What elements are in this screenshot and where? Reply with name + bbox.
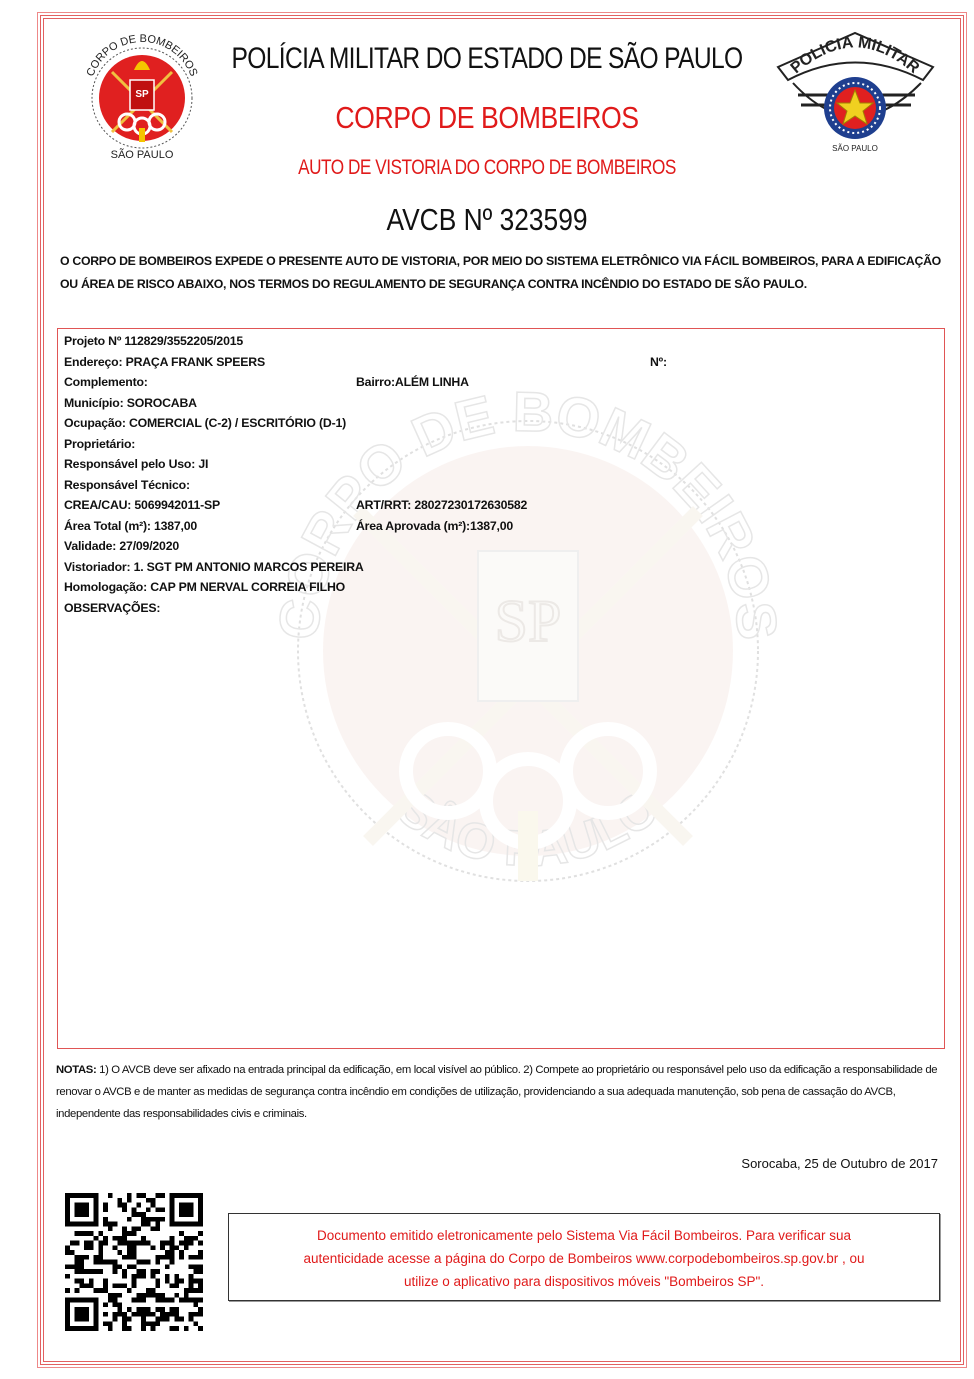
svg-text:SP: SP bbox=[495, 588, 562, 654]
header-subtitle-auto-de-vistoria: AUTO DE VISTORIA DO CORPO DE BOMBEIROS bbox=[88, 156, 887, 180]
header-title-corpo-de-bombeiros: CORPO DE BOMBEIROS bbox=[68, 100, 906, 136]
avcb-number: AVCB Nº 323599 bbox=[73, 202, 901, 238]
verification-line-2[interactable]: autenticidade acesse a página do Corpo d… bbox=[229, 1247, 939, 1270]
verification-line-3: utilize o aplicativo para dispositivos m… bbox=[229, 1270, 939, 1293]
details-box: CORPO DE BOMBEIROS SÃO PAULO SP Projeto … bbox=[57, 328, 945, 1049]
issue-date: Sorocaba, 25 de Outubro de 2017 bbox=[741, 1156, 938, 1171]
svg-text:SP: SP bbox=[135, 89, 149, 100]
field-proprietario: Proprietário: bbox=[64, 437, 135, 451]
header-title-policia-militar: POLÍCIA MILITAR DO ESTADO DE SÃO PAULO bbox=[88, 42, 887, 76]
field-numero: Nº: bbox=[650, 355, 667, 369]
verification-line-1: Documento emitido eletronicamente pelo S… bbox=[229, 1224, 939, 1247]
field-municipio: Município: SOROCABA bbox=[64, 396, 197, 410]
field-responsavel-uso: Responsável pelo Uso: JI bbox=[64, 457, 208, 471]
field-validade: Validade: 27/09/2020 bbox=[64, 539, 179, 553]
verification-notice: Documento emitido eletronicamente pelo S… bbox=[228, 1213, 940, 1301]
field-art-rrt: ART/RRT: 28027230172630582 bbox=[356, 498, 527, 512]
field-bairro: Bairro:ALÉM LINHA bbox=[356, 375, 469, 389]
intro-statement: O CORPO DE BOMBEIROS EXPEDE O PRESENTE A… bbox=[60, 250, 945, 296]
field-area-total: Área Total (m²): 1387,00 bbox=[64, 519, 197, 533]
qr-code-icon[interactable] bbox=[65, 1193, 203, 1331]
field-complemento: Complemento: bbox=[64, 375, 148, 389]
field-vistoriador: Vistoriador: 1. SGT PM ANTONIO MARCOS PE… bbox=[64, 560, 364, 574]
field-homologacao: Homologação: CAP PM NERVAL CORREIA FILHO bbox=[64, 580, 345, 594]
notes-label: NOTAS: bbox=[56, 1064, 96, 1076]
field-endereco: Endereço: PRAÇA FRANK SPEERS bbox=[64, 355, 265, 369]
field-ocupacao: Ocupação: COMERCIAL (C-2) / ESCRITÓRIO (… bbox=[64, 416, 346, 430]
field-observacoes: OBSERVAÇÕES: bbox=[64, 601, 160, 615]
field-area-aprovada: Área Aprovada (m²):1387,00 bbox=[356, 519, 513, 533]
watermark-emblem-icon: CORPO DE BOMBEIROS SÃO PAULO SP bbox=[248, 341, 808, 941]
notes-text: 1) O AVCB deve ser afixado na entrada pr… bbox=[56, 1064, 937, 1120]
field-responsavel-tecnico: Responsável Técnico: bbox=[64, 478, 190, 492]
notes-section: NOTAS: 1) O AVCB deve ser afixado na ent… bbox=[56, 1059, 944, 1125]
svg-text:SÃO PAULO: SÃO PAULO bbox=[832, 144, 878, 153]
field-crea-cau: CREA/CAU: 5069942011-SP bbox=[64, 498, 220, 512]
field-projeto: Projeto Nº 112829/3552205/2015 bbox=[64, 334, 243, 348]
